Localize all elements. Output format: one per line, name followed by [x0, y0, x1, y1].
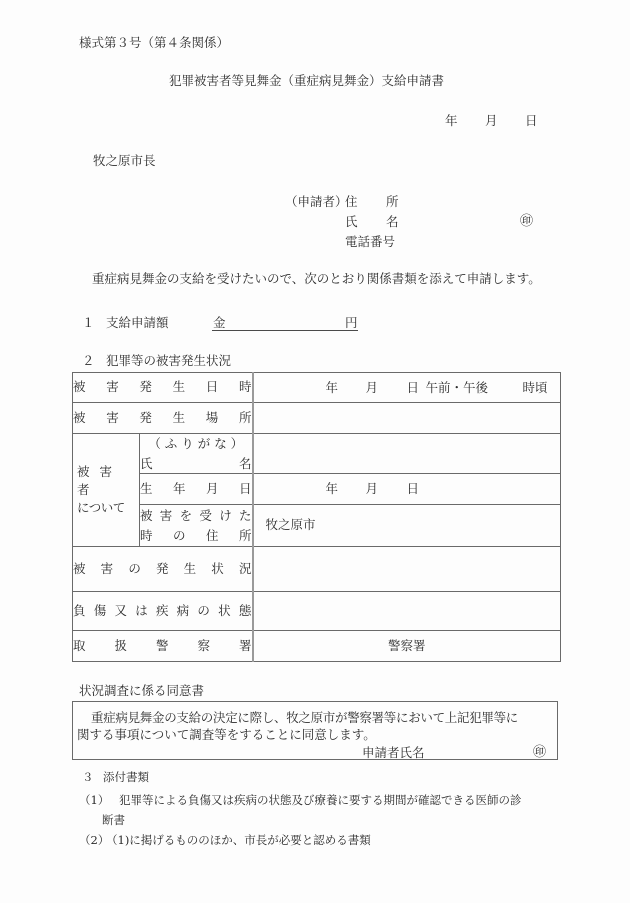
attachment-1-number: （1） — [79, 795, 109, 807]
consent-line-2: 関する事項について調査等をすることに同意します。 — [77, 729, 376, 742]
row-place: 被害発生場所 — [73, 403, 561, 434]
consent-box: 重症病見舞金の支給の決定に際し、牧之原市が警察署等において上記犯罪等に 関する事… — [72, 701, 558, 760]
row-datetime: 被害発生日時 年 月 日 午前・午後 時頃 — [73, 373, 561, 403]
section-3-label: 添付書類 — [103, 772, 149, 784]
applicant-prefix: （申請者） — [285, 196, 348, 209]
circumstances-field[interactable] — [253, 547, 561, 592]
label-circumstances: 被害の発生状況 — [73, 547, 253, 592]
label-injury: 負傷又は疾病の状態 — [73, 592, 253, 631]
date-year-label: 年 — [445, 115, 458, 128]
address-at-time-field[interactable]: 牧之原市 — [253, 505, 561, 547]
damage-table: 被害発生日時 年 月 日 午前・午後 時頃 被害発生場所 被 害 者 について … — [72, 372, 561, 662]
row-furigana: 被 害 者 について （ ふ り が な ） 氏名 — [73, 434, 561, 474]
page-title: 犯罪被害者等見舞金（重症病見舞金）支給申請書 — [169, 75, 444, 88]
section-2-number: ２ — [82, 355, 95, 368]
place-field[interactable] — [253, 403, 561, 434]
seal-icon: ㊞ — [520, 215, 533, 228]
label-police: 取扱警察署 — [73, 631, 253, 662]
victim-name-field[interactable] — [253, 434, 561, 474]
consent-line-1: 重症病見舞金の支給の決定に際し、牧之原市が警察署等において上記犯罪等に — [91, 712, 518, 725]
intro-text: 重症病見舞金の支給を受けたいので、次のとおり関係書類を添えて申請します。 — [92, 273, 541, 286]
name-label-1: 氏 — [345, 216, 358, 229]
label-address-at-time: 被害を受けた 時の住所 — [140, 505, 253, 547]
birthdate-field[interactable]: 年 月 日 — [253, 474, 561, 505]
label-birthdate: 生年月日 — [140, 474, 253, 505]
injury-field[interactable] — [253, 592, 561, 631]
section-1-label: 支給申請額 — [106, 317, 169, 330]
date-month-label: 月 — [485, 115, 498, 128]
attachment-2-number: （2） — [79, 835, 109, 847]
amount-suffix: 円 — [345, 317, 358, 330]
label-datetime: 被害発生日時 — [73, 373, 253, 403]
row-police: 取扱警察署 警察署 — [73, 631, 561, 662]
attachment-1-text-cont: 断書 — [102, 815, 125, 827]
label-victim-group: 被 害 者 について — [73, 434, 140, 547]
name-label-2: 名 — [386, 216, 399, 229]
attachment-1-text: 犯罪等による負傷又は疾病の状態及び療養に要する期間が確認できる医師の診 — [119, 795, 522, 807]
attachment-2-text: （1)に掲げるもののほか、市長が必要と認める書類 — [106, 835, 371, 847]
form-number: 様式第３号（第４条関係） — [79, 37, 229, 50]
section-2-label: 犯罪等の被害発生状況 — [106, 355, 231, 368]
row-circumstances: 被害の発生状況 — [73, 547, 561, 592]
signer-label: 申請者氏名 — [362, 747, 425, 760]
row-address-at-time: 被害を受けた 時の住所 牧之原市 — [73, 505, 561, 547]
datetime-field[interactable]: 年 月 日 午前・午後 時頃 — [253, 373, 561, 403]
amount-prefix: 金 — [213, 317, 226, 330]
consent-heading: 状況調査に係る同意書 — [79, 685, 204, 698]
row-birthdate: 生年月日 年 月 日 — [73, 474, 561, 505]
amount-field[interactable] — [212, 316, 358, 331]
police-field[interactable]: 警察署 — [253, 631, 561, 662]
seal-icon: ㊞ — [533, 746, 546, 759]
section-1-number: １ — [82, 317, 95, 330]
row-injury: 負傷又は疾病の状態 — [73, 592, 561, 631]
date-day-label: 日 — [525, 115, 538, 128]
section-3-number: ３ — [82, 772, 94, 784]
phone-label: 電話番号 — [345, 236, 395, 249]
label-place: 被害発生場所 — [73, 403, 253, 434]
label-furigana-name: （ ふ り が な ） 氏名 — [140, 434, 253, 474]
address-label-2: 所 — [386, 196, 399, 209]
addressee: 牧之原市長 — [93, 155, 156, 168]
ampm-option[interactable]: 午前・午後 — [426, 382, 489, 395]
address-label-1: 住 — [345, 196, 358, 209]
